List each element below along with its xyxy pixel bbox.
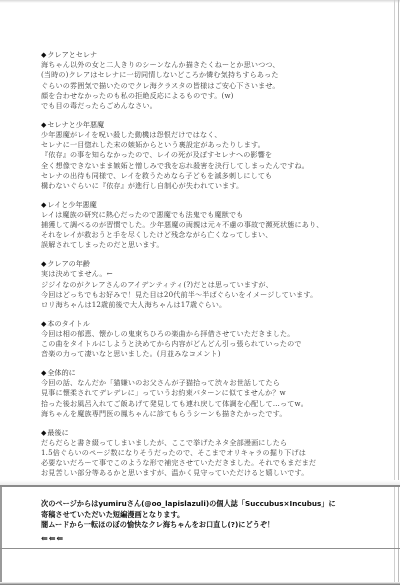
section-title: ◆本のタイトル xyxy=(41,319,351,329)
body-line: ジジイなのがクレアさんのアイデンティティ(?)だとは思っていますが、 xyxy=(41,280,351,290)
manga-afterword-page: ◆クレアとセレナ 海ちゃん以外の女と二人きりのシーンなんか描きたくねーとか思いつ… xyxy=(0,0,400,585)
body-line: (当時の)クレアはセレナに一切同情しないどころか憐む気持ちすらあった xyxy=(41,70,351,80)
body-line: 今回は相の郁恵、懐かしの鬼束ちひろの楽曲から拝借させていただきました。 xyxy=(41,329,351,339)
left-arrows-icon: ⇚⇚⇚ xyxy=(41,534,371,543)
body-line: ぐらいの雰囲気で描いたのでクレ海クラスタの皆様はご安心下さいませ。 xyxy=(41,81,351,91)
body-line: だらだらと書き綴ってしまいましたが、ここで挙げたネタ全部漫画にしたら xyxy=(41,438,351,448)
section-title-text: 最後に xyxy=(47,428,68,437)
body-line: でも目の毒だったらごめんなさい。 xyxy=(41,101,351,111)
section-claire-and-serena: ◆クレアとセレナ 海ちゃん以外の女と二人きりのシーンなんか描きたくねーとか思いつ… xyxy=(41,50,351,111)
section-title: ◆全体的に xyxy=(41,368,351,378)
afterword-body: ◆クレアとセレナ 海ちゃん以外の女と二人きりのシーンなんか描きたくねーとか思いつ… xyxy=(41,50,351,497)
diamond-bullet-icon: ◆ xyxy=(41,319,46,329)
section-title: ◆最後に xyxy=(41,428,351,438)
body-line: セレナに一目惚れした末の嫉妬からという裏設定があったりします。 xyxy=(41,140,351,150)
body-line: この曲をタイトルにしようと決めてから内容がどんどん引っ張られていったので xyxy=(41,339,351,349)
body-line: 捕獲して調べるのが習慣でした。少年悪魔の両親は元々不慮の事故で瀕死状態にあり、 xyxy=(41,220,351,230)
body-line: お見苦しい部分等あるかと思いますが、温かく見守っていただけると嬉しいです。 xyxy=(41,468,351,478)
section-title-text: 本のタイトル xyxy=(47,319,89,328)
section-title-text: クレアの年齢 xyxy=(47,259,90,268)
body-line: 実は決めてません。← xyxy=(41,269,351,279)
section-title: ◆クレアの年齢 xyxy=(41,259,351,269)
section-title: ◆クレアとセレナ xyxy=(41,50,351,60)
body-line: 構わないぐらいに『依存』が進行し自制心が失われています。 xyxy=(41,181,351,191)
section-serena-and-boy-demon: ◆セレナと少年悪魔 少年悪魔がレイを呪い殺した動機は怨恨だけではなく、 セレナに… xyxy=(41,120,351,191)
diamond-bullet-icon: ◆ xyxy=(41,120,46,130)
diamond-bullet-icon: ◆ xyxy=(41,368,46,378)
body-line: 今回の話、なんだか「猫嫌いのお父さんが子猫拾って渋々お世話してたら xyxy=(41,378,351,388)
section-rei-and-boy-demon: ◆レイと少年悪魔 レイは魔族の研究に熱心だったので悪魔でも法鬼でも魔獣でも 捕獲… xyxy=(41,200,351,251)
body-line: 『依存』の事を知らなかったので、レイの死が及ぼすセレナへの影響を xyxy=(41,150,351,160)
section-title-text: セレナと少年悪魔 xyxy=(47,120,104,129)
page-right-edge-outer xyxy=(398,0,399,585)
body-line: 音楽の力って凄いなと思いました。(月並みなコメント) xyxy=(41,349,351,359)
body-line: レイは魔族の研究に熱心だったので悪魔でも法鬼でも魔獣でも xyxy=(41,210,351,220)
body-line: 海ちゃんを魔族専門医の鳳ちゃんに診てもらうシーンも描きたかったです。 xyxy=(41,409,351,419)
page-divider-bottom xyxy=(0,548,400,549)
body-line: ロリ海ちゃんは12歳前後で大人海ちゃんは17歳ぐらい。 xyxy=(41,300,351,310)
page-top-edge xyxy=(0,0,400,3)
body-line: 1.5倍ぐらいのページ数になりそうだったので、そこまでオリキャラの掘り下げは xyxy=(41,448,351,458)
section-title: ◆セレナと少年悪魔 xyxy=(41,120,351,130)
body-line: 少年悪魔がレイを呪い殺した動機は怨恨だけではなく、 xyxy=(41,130,351,140)
section-title-text: 全体的に xyxy=(47,368,75,377)
body-line: 誤解されてしまったのだと思います。 xyxy=(41,240,351,250)
section-overall: ◆全体的に 今回の話、なんだか「猫嫌いのお父さんが子猫拾って渋々お世話してたら … xyxy=(41,368,351,419)
diamond-bullet-icon: ◆ xyxy=(41,50,46,60)
section-book-title: ◆本のタイトル 今回は相の郁恵、懐かしの鬼束ちひろの楽曲から拝借させていただきま… xyxy=(41,319,351,360)
section-title: ◆レイと少年悪魔 xyxy=(41,200,351,210)
body-line: それをレイが救おうと手を尽くしたけど残念ながら亡くなってしまい、 xyxy=(41,230,351,240)
body-line: 海ちゃん以外の女と二人きりのシーンなんか描きたくねーとか思いつつ、 xyxy=(41,60,351,70)
body-line: 必要ないだろーて事でこのような形で補完させていただきました。それでもまだまだ xyxy=(41,458,351,468)
page-left-edge xyxy=(0,487,2,585)
body-line: 拾った後お風呂入れてご飯あげて発見しても連れ戻して体調を心配して…ってw。 xyxy=(41,399,351,409)
notice-line: 闇ムードから一転ほのぼの愉快なクレ海ちゃんをお口直し(?)にどうぞ！ xyxy=(41,520,371,531)
page-divider-top xyxy=(0,485,400,487)
diamond-bullet-icon: ◆ xyxy=(41,259,46,269)
body-line: 全く想像できないまま嫉妬と憎しみで我を忘れ殺害を決行してしまったんですね。 xyxy=(41,161,351,171)
notice-line: 次のページからはyumiruさん(@oo_lapislazuli)の個人誌「Su… xyxy=(41,499,371,510)
section-title-text: レイと少年悪魔 xyxy=(47,200,96,209)
diamond-bullet-icon: ◆ xyxy=(41,200,46,210)
section-title-text: クレアとセレナ xyxy=(47,50,97,59)
body-line: 顔を合わせなかったのも私の拒絶反応によるものです。(w) xyxy=(41,91,351,101)
notice-line: 寄稿させていただいた短編漫画となります。 xyxy=(41,510,371,521)
body-line: 見事に懐柔されてデレデレに」っていうお約束パターンに似てませんか？w xyxy=(41,388,351,398)
page-right-edge xyxy=(394,0,395,585)
diamond-bullet-icon: ◆ xyxy=(41,428,46,438)
body-line: セレナの出待も同様で、レイを救うためなら子どもを滅多刺しにしても xyxy=(41,171,351,181)
next-page-notice: 次のページからはyumiruさん(@oo_lapislazuli)の個人誌「Su… xyxy=(41,499,371,543)
body-line: 今回はどっちでもお好みで！見た目は20代前半～半ばぐらいをイメージしています。 xyxy=(41,290,351,300)
section-claire-age: ◆クレアの年齢 実は決めてません。← ジジイなのがクレアさんのアイデンティティ(… xyxy=(41,259,351,310)
